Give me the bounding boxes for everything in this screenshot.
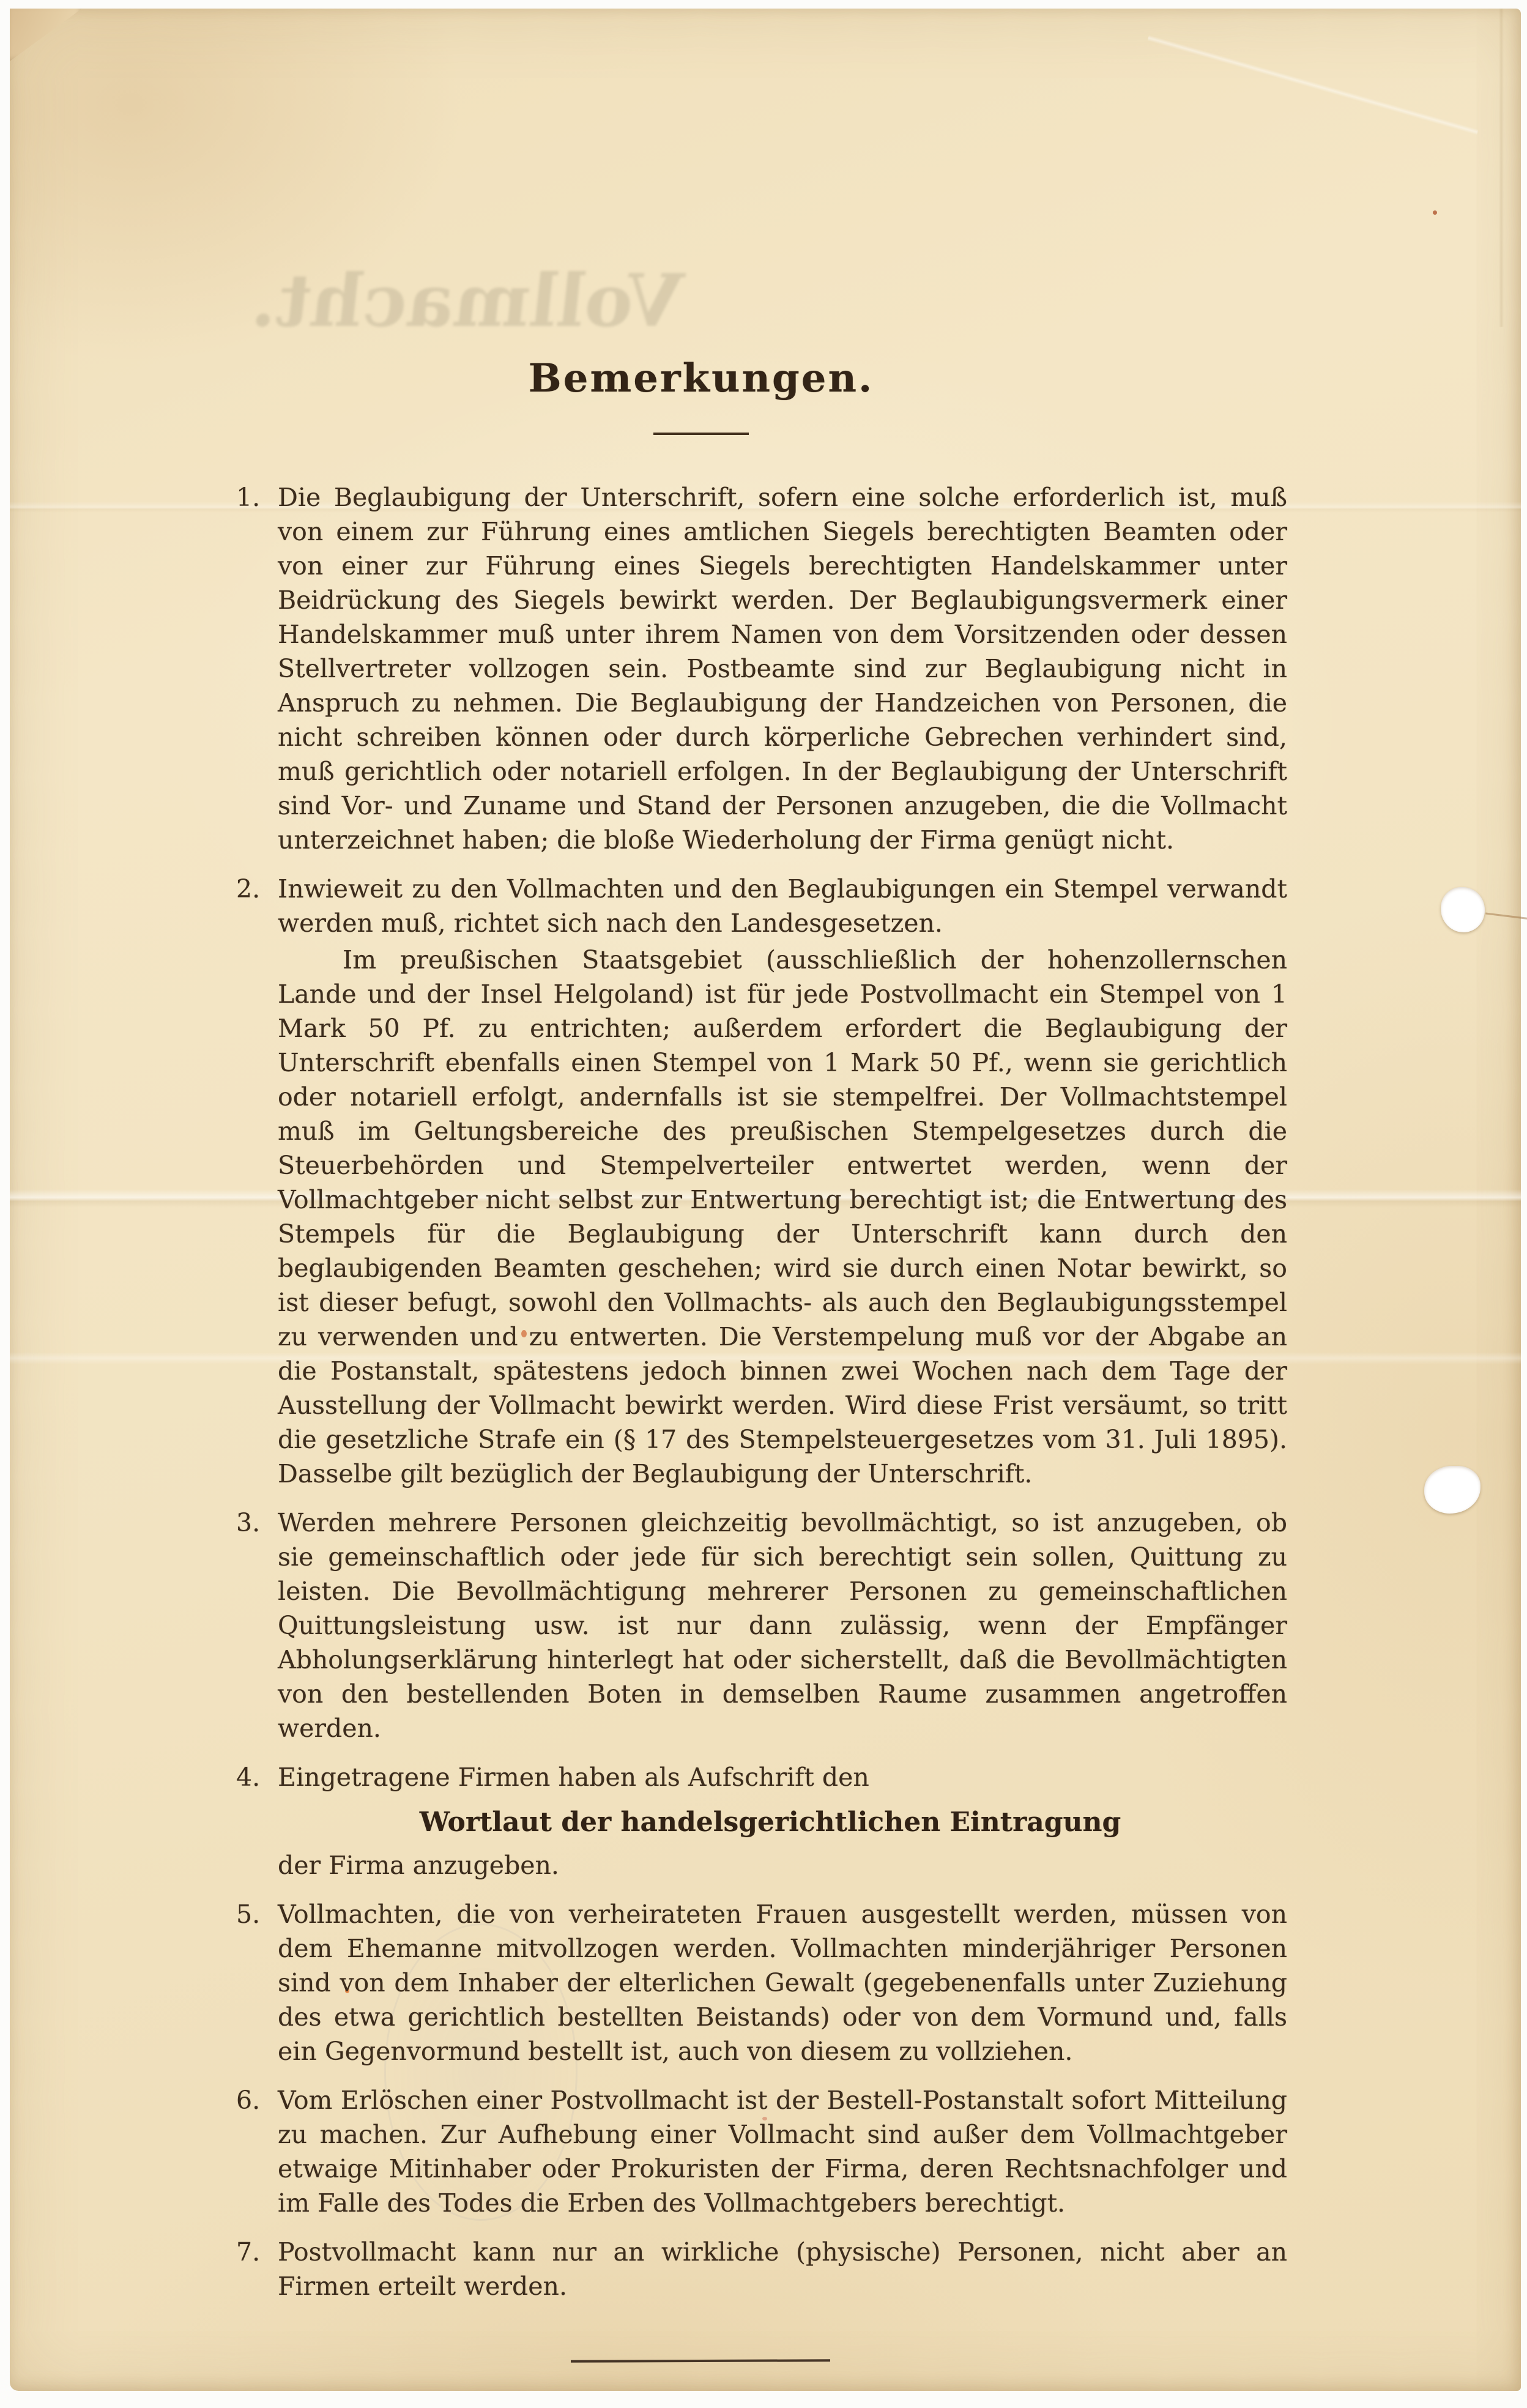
end-divider xyxy=(571,2359,830,2362)
page-title: Bemerkungen. xyxy=(176,354,1226,403)
item-subparagraph: Im preußischen Staatsgebiet (ausschließl… xyxy=(278,943,1287,1491)
edge-crease xyxy=(1499,9,1504,327)
item-number: 1. xyxy=(236,480,260,515)
item-text: Inwieweit zu den Vollmachten und den Beg… xyxy=(278,874,1287,938)
item-text: Postvollmacht kann nur an wirkliche (phy… xyxy=(278,2237,1287,2301)
list-item: 3. Werden mehrere Personen gleichzeitig … xyxy=(237,1506,1287,1745)
list-item: 7. Postvollmacht kann nur an wirkliche (… xyxy=(237,2235,1287,2303)
item-text: Vom Erlöschen einer Postvollmacht ist de… xyxy=(278,2086,1287,2218)
title-block: Bemerkungen. xyxy=(176,354,1226,435)
scanned-page: Vollmacht. Bemerkungen. 1. Die Beglaubig… xyxy=(0,0,1527,2408)
item-text: Werden mehrere Personen gleichzeitig bev… xyxy=(278,1508,1287,1743)
item-text-after: der Firma anzugeben. xyxy=(278,1848,1287,1882)
document-content: Bemerkungen. 1. Die Beglaubigung der Unt… xyxy=(237,354,1287,2362)
title-divider xyxy=(653,433,749,435)
paper-crack xyxy=(1485,913,1527,920)
corner-crease xyxy=(1147,35,1478,135)
item-emphasis-line: Wortlaut der handelsgerichtlichen Eintra… xyxy=(278,1805,1263,1840)
list-item: 1. Die Beglaubigung der Unterschrift, so… xyxy=(237,480,1287,857)
list-item: 6. Vom Erlöschen einer Postvollmacht ist… xyxy=(237,2083,1287,2220)
item-text: Die Beglaubigung der Unterschrift, sofer… xyxy=(278,483,1287,855)
paper-speck xyxy=(1433,210,1437,215)
showthrough-text: Vollmacht. xyxy=(458,258,688,343)
punch-hole-bottom xyxy=(1424,1466,1481,1514)
punch-hole-top xyxy=(1441,887,1485,932)
item-number: 3. xyxy=(236,1506,260,1540)
list-item: 2. Inwieweit zu den Vollmachten und den … xyxy=(237,872,1287,1491)
item-text: Vollmachten, die von verheirateten Fraue… xyxy=(278,1900,1287,2066)
list-item: 5. Vollmachten, die von verheirateten Fr… xyxy=(237,1897,1287,2068)
folded-corner xyxy=(10,9,82,61)
remarks-list: 1. Die Beglaubigung der Unterschrift, so… xyxy=(237,480,1287,2303)
list-item: 4. Eingetragene Firmen haben als Aufschr… xyxy=(237,1760,1287,1882)
item-number: 5. xyxy=(236,1897,260,1931)
item-number: 6. xyxy=(236,2083,260,2117)
item-text: Eingetragene Firmen haben als Aufschrift… xyxy=(278,1763,869,1792)
item-number: 4. xyxy=(236,1760,260,1794)
paper-sheet: Vollmacht. Bemerkungen. 1. Die Beglaubig… xyxy=(10,9,1521,2391)
item-number: 7. xyxy=(236,2235,260,2269)
item-number: 2. xyxy=(236,872,260,906)
